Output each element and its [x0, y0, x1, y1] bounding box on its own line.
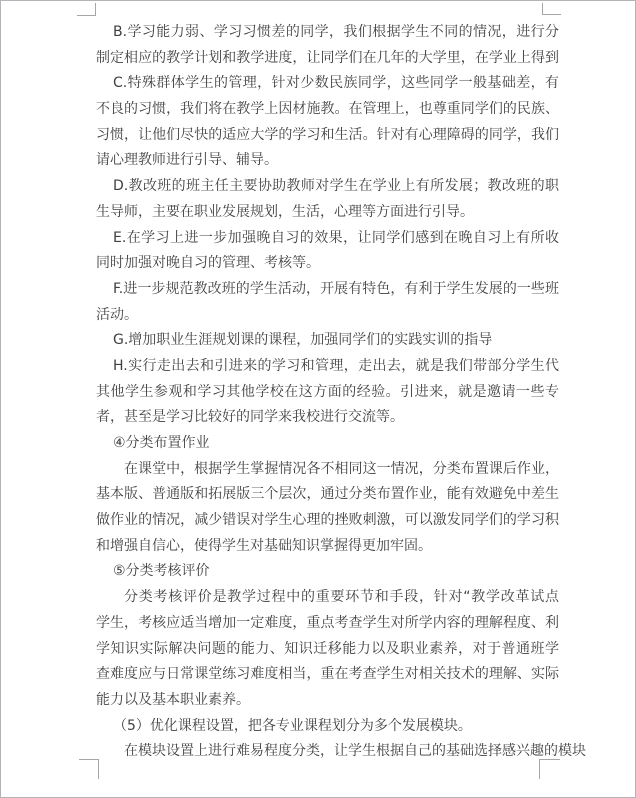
text-line[interactable]: 分类考核评价是教学过程中的重要环节和手段，针对“教学改革试点班”的 [96, 585, 559, 611]
text-line[interactable]: 查难度应与日常课堂练习难度相当，重在考查学生对相关技术的理解、实际应用 [96, 662, 559, 688]
text-line[interactable]: ④分类布置作业 [96, 431, 559, 457]
text-line[interactable]: 在模块设置上进行难易程度分类，让学生根据自己的基础选择感兴趣的模块 [96, 739, 559, 765]
text-line[interactable]: 和增强自信心，使得学生对基础知识掌握得更加牢固。 [96, 534, 559, 560]
text-line[interactable]: 其他学生参观和学习其他学校在这方面的经验。引进来，就是邀请一些专业、学 [96, 380, 559, 406]
text-line[interactable]: 请心理教师进行引导、辅导。 [96, 148, 559, 174]
text-line[interactable]: 不良的习惯，我们将在教学上因材施教。在管理上，也尊重同学们的民族、风俗 [96, 97, 559, 123]
text-line[interactable]: 习惯，让他们尽快的适应大学的学习和生活。针对有心理障碍的同学，我们专门 [96, 123, 559, 149]
text-line[interactable]: ⑤分类考核评价 [96, 559, 559, 585]
text-line[interactable]: F.进一步规范教改班的学生活动，开展有特色，有利于学生发展的一些班级 [96, 277, 559, 303]
text-line[interactable]: D.教改班的班主任主要协助教师对学生在学业上有所发展；教改班的职业人 [96, 174, 559, 200]
text-line[interactable]: 同时加强对晚自习的管理、考核等。 [96, 251, 559, 277]
text-line[interactable]: 做作业的情况，减少错误对学生心理的挫败刺激，可以激发同学们的学习积极性 [96, 508, 559, 534]
text-line[interactable]: 生导师，主要在职业发展规划，生活，心理等方面进行引导。 [96, 200, 559, 226]
text-line[interactable]: 基本版、普通版和拓展版三个层次，通过分类布置作业，能有效避免中差生不会 [96, 482, 559, 508]
text-line[interactable]: 能力以及基本职业素养。 [96, 688, 559, 714]
text-line[interactable]: （5）优化课程设置，把各专业课程划分为多个发展模块。 [96, 714, 559, 740]
text-boundary-mark-top-left [77, 3, 96, 16]
text-line[interactable]: B.学习能力弱、学习习惯差的同学，我们根据学生不同的情况，进行分析， [96, 20, 559, 46]
text-line[interactable]: 在课堂中，根据学生掌握情况各不相同这一情况，分类布置课后作业，分为 [96, 457, 559, 483]
text-line[interactable]: 学知识实际解决问题的能力、知识迁移能力以及职业素养，对于普通班学生，考 [96, 637, 559, 663]
text-line[interactable]: 活动。 [96, 303, 559, 329]
text-boundary-mark-top-right [542, 3, 561, 15]
text-line[interactable]: 制定相应的教学计划和教学进度，让同学们在几年的大学里，在学业上得到提升。 [96, 46, 559, 72]
text-line[interactable]: H.实行走出去和引进来的学习和管理，走出去，就是我们带部分学生代表到 [96, 354, 559, 380]
document-page: B.学习能力弱、学习习惯差的同学，我们根据学生不同的情况，进行分析，制定相应的教… [0, 0, 636, 798]
document-body[interactable]: B.学习能力弱、学习习惯差的同学，我们根据学生不同的情况，进行分析，制定相应的教… [96, 20, 559, 765]
text-line[interactable]: C.特殊群体学生的管理，针对少数民族同学，这些同学一般基础差，有一些 [96, 71, 559, 97]
text-line[interactable]: E.在学习上进一步加强晚自习的效果，让同学们感到在晚自习上有所收获， [96, 226, 559, 252]
text-line[interactable]: 学生，考核应适当增加一定难度，重点考查学生对所学内容的理解程度、利用所 [96, 611, 559, 637]
text-line[interactable]: G.增加职业生涯规划课的课程，加强同学们的实践实训的指导 [96, 328, 559, 354]
text-line[interactable]: 者，甚至是学习比较好的同学来我校进行交流等。 [96, 405, 559, 431]
